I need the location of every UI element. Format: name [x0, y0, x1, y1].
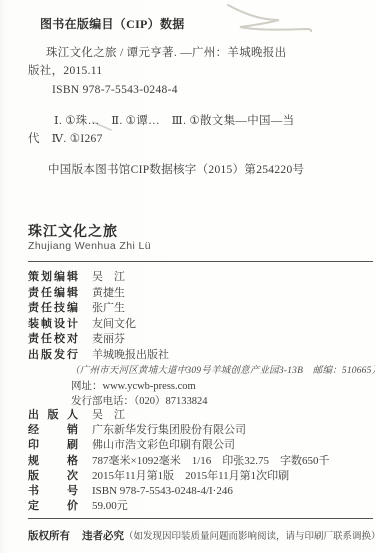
- divider-top: [28, 261, 373, 262]
- divider-bottom: [28, 518, 373, 519]
- staff-label: 责任校对: [28, 332, 78, 348]
- publishing-label: 版次: [28, 469, 78, 484]
- rights-reserved-text: 版权所有: [28, 530, 70, 542]
- publishing-label: 经销: [28, 423, 78, 438]
- cip-record-number: 中国版本图书馆CIP数据核字（2015）第254220号: [48, 161, 304, 177]
- staff-label: 出版发行: [28, 348, 78, 364]
- staff-value: 羊城晚报出版社: [92, 348, 169, 364]
- staff-row: 责任技编 张广生: [28, 301, 169, 317]
- publishing-value: 787毫米×1092毫米 1/16 印张32.75 字数650千: [92, 454, 330, 469]
- copyright-notice: 版权所有违者必究（如发现因印装质量问题而影响阅读，请与印刷厂联系调换）: [28, 528, 375, 543]
- publishing-label: 印刷: [28, 438, 78, 453]
- cip-entry-line1: 珠江文化之旅 / 谭元亨著. —广州：羊城晚报出: [46, 44, 286, 60]
- publishing-row: 书号 ISBN 978-7-5543-0248-4/I·246: [28, 484, 330, 499]
- publishing-label: 规格: [28, 454, 78, 469]
- publishing-label: 书号: [28, 484, 78, 499]
- publishing-value: 佛山市浩文彩色印刷有限公司: [92, 438, 235, 453]
- staff-row: 责任编辑 黄捷生: [28, 286, 169, 302]
- publishing-row: 经销 广东新华发行集团股份有限公司: [28, 423, 330, 438]
- publishing-value: ISBN 978-7-5543-0248-4/I·246: [92, 484, 233, 499]
- staff-value: 麦丽芬: [92, 332, 125, 348]
- staff-list: 策划编辑 吴 江 责任编辑 黄捷生 责任技编 张广生 装帧设计 友间文化 责任校…: [28, 270, 169, 363]
- publisher-website: 网址：www.ycwb-press.com: [71, 378, 196, 393]
- staff-label: 责任编辑: [28, 286, 78, 302]
- publishing-value: 59.00元: [92, 499, 128, 514]
- publishing-label: 定价: [28, 499, 78, 514]
- staff-row: 责任校对 麦丽芬: [28, 332, 169, 348]
- staff-value: 吴 江: [92, 270, 125, 286]
- publishing-info-list: 出版人 吴 江 经销 广东新华发行集团股份有限公司 印刷 佛山市浩文彩色印刷有限…: [28, 408, 330, 514]
- staff-value: 友间文化: [92, 317, 136, 333]
- staff-value: 黄捷生: [92, 286, 125, 302]
- staff-value: 张广生: [92, 301, 125, 317]
- publishing-label: 出版人: [28, 408, 78, 423]
- publishing-row: 版次 2015年11月第1版 2015年11月第1次印刷: [28, 469, 330, 484]
- staff-row: 装帧设计 友间文化: [28, 317, 169, 333]
- publisher-phone: 发行部电话：（020）87133824: [71, 393, 208, 408]
- book-title-pinyin: Zhujiang Wenhua Zhi Lü: [28, 240, 151, 252]
- publishing-row: 定价 59.00元: [28, 499, 330, 514]
- cip-entry-line2: 版社，2015.11: [28, 62, 102, 78]
- staff-label: 责任技编: [28, 301, 78, 317]
- publishing-row: 规格 787毫米×1092毫米 1/16 印张32.75 字数650千: [28, 454, 330, 469]
- publishing-value: 广东新华发行集团股份有限公司: [92, 423, 246, 438]
- book-copyright-page: 图书在版编目（CIP）数据 珠江文化之旅 / 谭元亨著. —广州：羊城晚报出 版…: [0, 0, 375, 553]
- staff-row: 策划编辑 吴 江: [28, 270, 169, 286]
- quality-note-text: （如发现因印装质量问题而影响阅读，请与印刷厂联系调换）: [124, 532, 375, 542]
- staff-label: 装帧设计: [28, 317, 78, 333]
- staff-row: 出版发行 羊城晚报出版社: [28, 348, 169, 364]
- staff-label: 策划编辑: [28, 270, 78, 286]
- publishing-value: 吴 江: [92, 408, 125, 423]
- book-title: 珠江文化之旅: [28, 221, 118, 241]
- publishing-row: 印刷 佛山市浩文彩色印刷有限公司: [28, 438, 330, 453]
- cip-classification-line1: Ⅰ. ①珠… Ⅱ. ①谭… Ⅲ. ①散文集—中国—当: [54, 112, 294, 128]
- publishing-row: 出版人 吴 江: [28, 408, 330, 423]
- violators-prosecuted-text: 违者必究: [82, 530, 124, 542]
- cip-classification-line2: 代 Ⅳ. ①I267: [28, 130, 103, 146]
- cip-header: 图书在版编目（CIP）数据: [40, 15, 185, 32]
- publishing-value: 2015年11月第1版 2015年11月第1次印刷: [92, 469, 289, 484]
- cip-isbn: ISBN 978-7-5543-0248-4: [52, 84, 178, 96]
- publisher-address: （广州市天河区黄埔大道中309号羊城创意产业园3-13B 邮编：510665）: [70, 362, 375, 376]
